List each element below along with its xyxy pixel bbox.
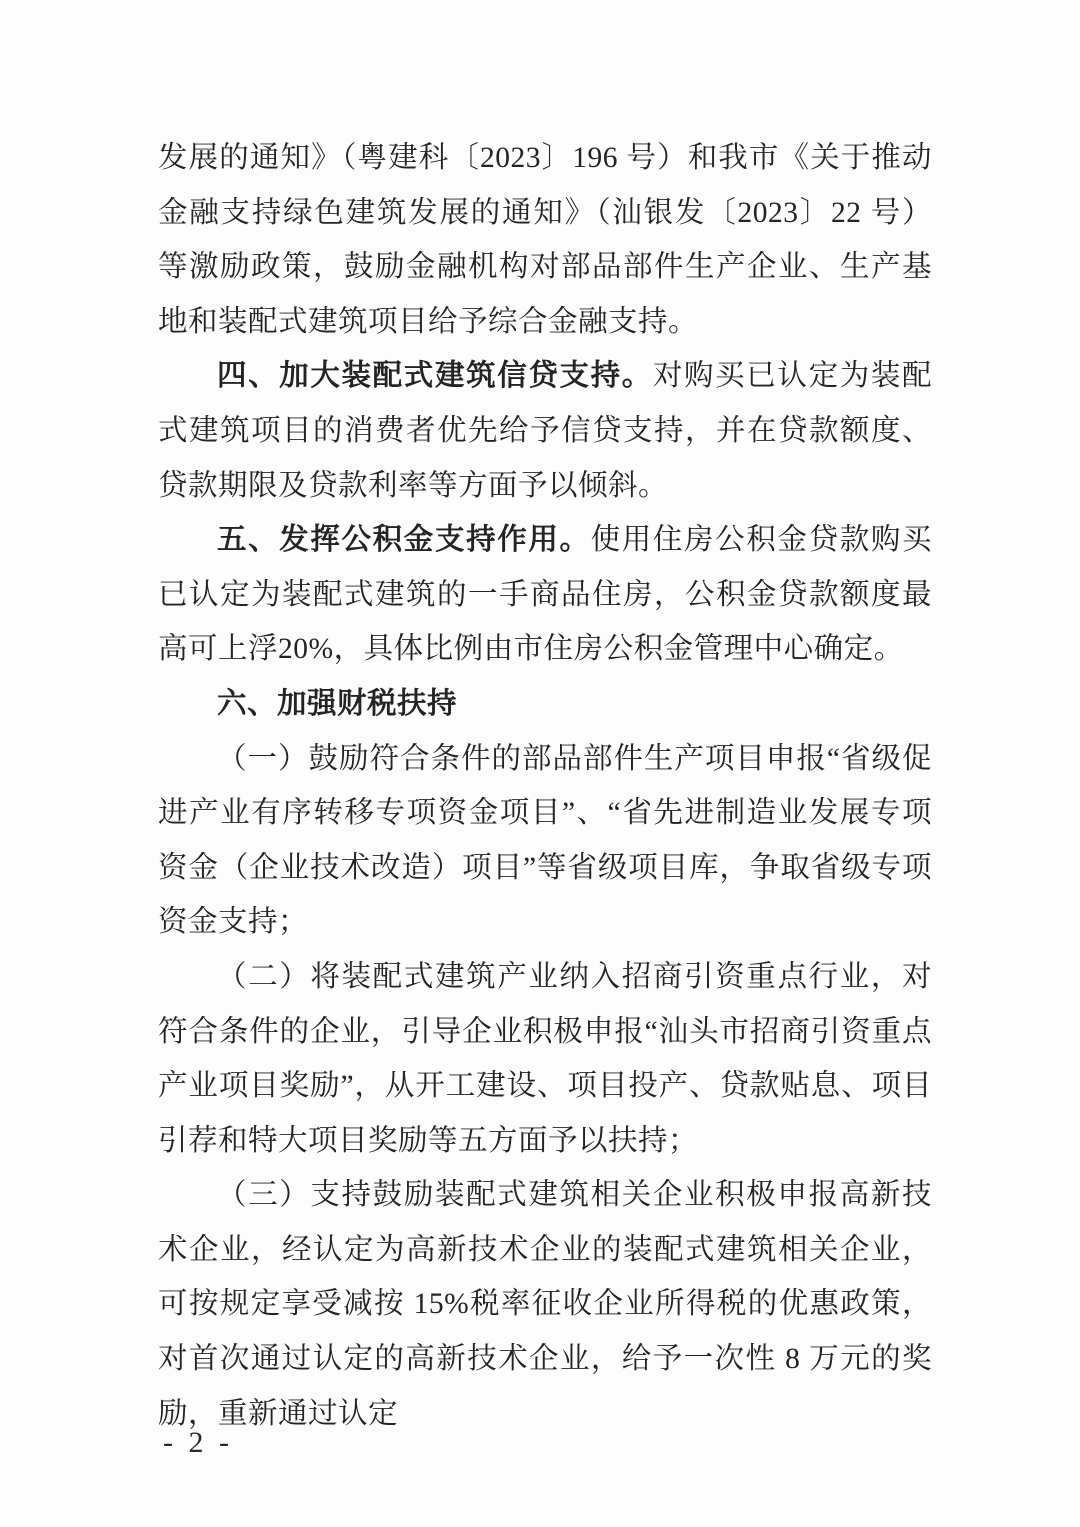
paragraph-section-5-housing-fund: 五、发挥公积金支持作用。使用住房公积金贷款购买已认定为装配式建筑的一手商品住房，… [158, 513, 932, 677]
paragraph-item-3-high-tech-enterprise: （三）支持鼓励装配式建筑相关企业积极申报高新技术企业，经认定为高新技术企业的装配… [158, 1168, 932, 1441]
paragraph-text: （三）支持鼓励装配式建筑相关企业积极申报高新技术企业，经认定为高新技术企业的装配… [158, 1179, 932, 1429]
paragraph-text: （二）将装配式建筑产业纳入招商引资重点行业，对符合条件的企业，引导企业积极申报“… [158, 961, 932, 1157]
section-5-heading: 五、发挥公积金支持作用。 [217, 523, 591, 556]
paragraph-financial-support-continuation: 发展的通知》（粤建科〔2023〕196 号）和我市《关于推动金融支持绿色建筑发展… [158, 131, 932, 349]
paragraph-item-2-investment-promotion: （二）将装配式建筑产业纳入招商引资重点行业，对符合条件的企业，引导企业积极申报“… [158, 950, 932, 1168]
paragraph-text: （一）鼓励符合条件的部品部件生产项目申报“省级促进产业有序转移专项资金项目”、“… [158, 743, 932, 939]
paragraph-item-1-provincial-funds: （一）鼓励符合条件的部品部件生产项目申报“省级促进产业有序转移专项资金项目”、“… [158, 732, 932, 950]
paragraph-text: 发展的通知》（粤建科〔2023〕196 号）和我市《关于推动金融支持绿色建筑发展… [158, 142, 932, 338]
page-number: - 2 - [163, 1426, 233, 1460]
paragraph-section-6-fiscal-tax: 六、加强财税扶持 [158, 677, 932, 732]
section-6-heading: 六、加强财税扶持 [217, 687, 457, 720]
document-page: 发展的通知》（粤建科〔2023〕196 号）和我市《关于推动金融支持绿色建筑发展… [0, 0, 1080, 1527]
document-body: 发展的通知》（粤建科〔2023〕196 号）和我市《关于推动金融支持绿色建筑发展… [158, 131, 932, 1441]
section-4-heading: 四、加大装配式建筑信贷支持。 [217, 359, 653, 392]
paragraph-section-4-credit-support: 四、加大装配式建筑信贷支持。对购买已认定为装配式建筑项目的消费者优先给予信贷支持… [158, 349, 932, 513]
